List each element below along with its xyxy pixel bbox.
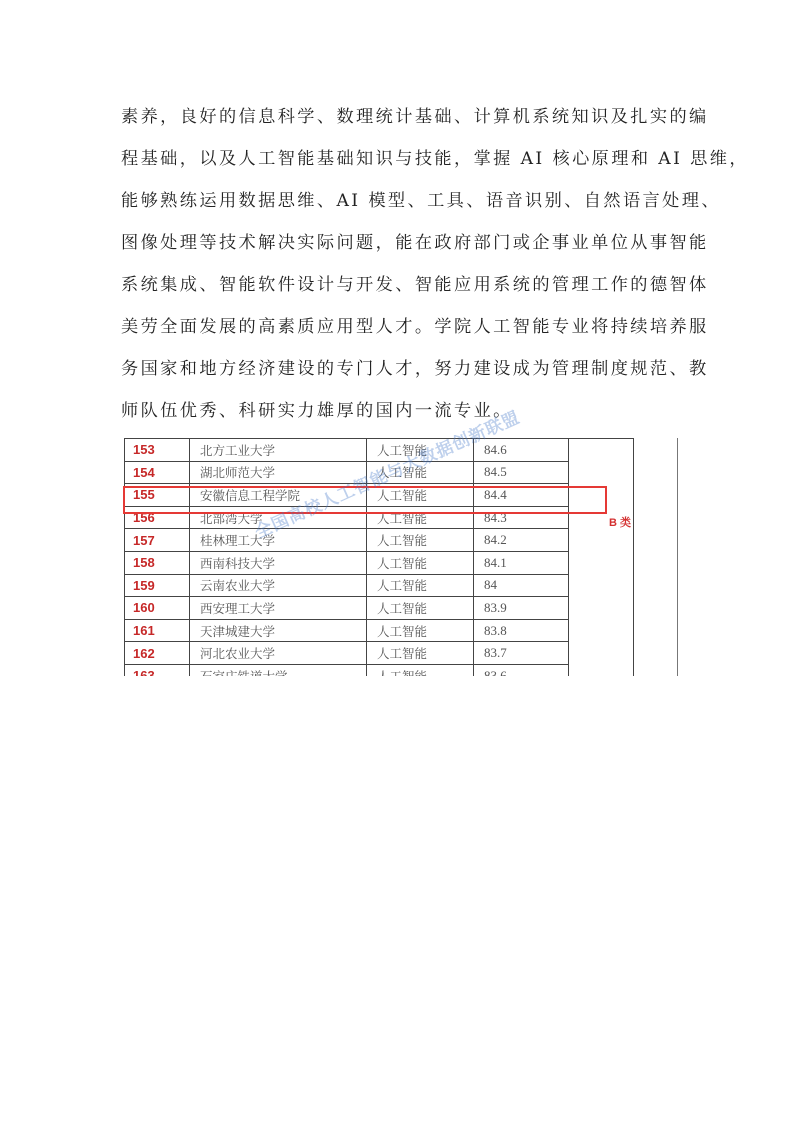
paragraph-line: 系统集成、智能软件设计与开发、智能应用系统的管理工作的德智体: [121, 264, 686, 306]
table-row: 159云南农业大学人工智能84: [125, 574, 634, 597]
paragraph-line: 美劳全面发展的高素质应用型人才。学院人工智能专业将持续培养服: [121, 306, 686, 348]
table-row: 158西南科技大学人工智能84.1: [125, 551, 634, 574]
rank-cell: 158: [125, 551, 190, 574]
name-cell: 北方工业大学: [190, 439, 367, 462]
name-cell: 天津城建大学: [190, 619, 367, 642]
name-cell: 云南农业大学: [190, 574, 367, 597]
category-label: B 类: [609, 514, 631, 530]
name-cell: 河北农业大学: [190, 642, 367, 665]
score-cell: 83.7: [474, 642, 569, 665]
score-cell: 83.6: [474, 664, 569, 676]
rank-cell: 157: [125, 529, 190, 552]
paragraph-line: 务国家和地方经济建设的专门人才，努力建设成为管理制度规范、教: [121, 348, 686, 390]
table-row: 160西安理工大学人工智能83.9: [125, 597, 634, 620]
rank-cell: 153: [125, 439, 190, 462]
rank-cell: 159: [125, 574, 190, 597]
table-row: 163石家庄铁道大学人工智能83.6: [125, 664, 634, 676]
name-cell: 西南科技大学: [190, 551, 367, 574]
body-paragraph: 素养，良好的信息科学、数理统计基础、计算机系统知识及扎实的编 程基础，以及人工智…: [121, 96, 686, 432]
table-border: [677, 438, 678, 676]
major-cell: 人工智能: [367, 664, 474, 676]
rank-cell: 161: [125, 619, 190, 642]
rank-cell: 162: [125, 642, 190, 665]
paragraph-line: 师队伍优秀、科研实力雄厚的国内一流专业。: [121, 390, 686, 432]
score-cell: 84: [474, 574, 569, 597]
major-cell: 人工智能: [367, 642, 474, 665]
paragraph-line: 素养，良好的信息科学、数理统计基础、计算机系统知识及扎实的编: [121, 96, 686, 138]
name-cell: 西安理工大学: [190, 597, 367, 620]
table-row: 157桂林理工大学人工智能84.2: [125, 529, 634, 552]
score-cell: 83.8: [474, 619, 569, 642]
table-row: 153北方工业大学人工智能84.6: [125, 439, 634, 462]
rank-cell: 160: [125, 597, 190, 620]
paragraph-line: 图像处理等技术解决实际问题，能在政府部门或企事业单位从事智能: [121, 222, 686, 264]
score-cell: 84.5: [474, 461, 569, 484]
name-cell: 石家庄铁道大学: [190, 664, 367, 676]
paragraph-line: 能够熟练运用数据思维、AI 模型、工具、语音识别、自然语言处理、: [121, 180, 686, 222]
major-cell: 人工智能: [367, 574, 474, 597]
rank-cell: 163: [125, 664, 190, 676]
major-cell: 人工智能: [367, 619, 474, 642]
score-cell: 83.9: [474, 597, 569, 620]
major-cell: 人工智能: [367, 551, 474, 574]
score-cell: 84.6: [474, 439, 569, 462]
rank-cell: 154: [125, 461, 190, 484]
category-cell: [569, 439, 634, 677]
major-cell: 人工智能: [367, 597, 474, 620]
score-cell: 84.2: [474, 529, 569, 552]
major-cell: 人工智能: [367, 529, 474, 552]
table-row: 162河北农业大学人工智能83.7: [125, 642, 634, 665]
table-row: 161天津城建大学人工智能83.8: [125, 619, 634, 642]
paragraph-line: 程基础，以及人工智能基础知识与技能，掌握 AI 核心原理和 AI 思维，: [121, 138, 686, 180]
score-cell: 84.1: [474, 551, 569, 574]
